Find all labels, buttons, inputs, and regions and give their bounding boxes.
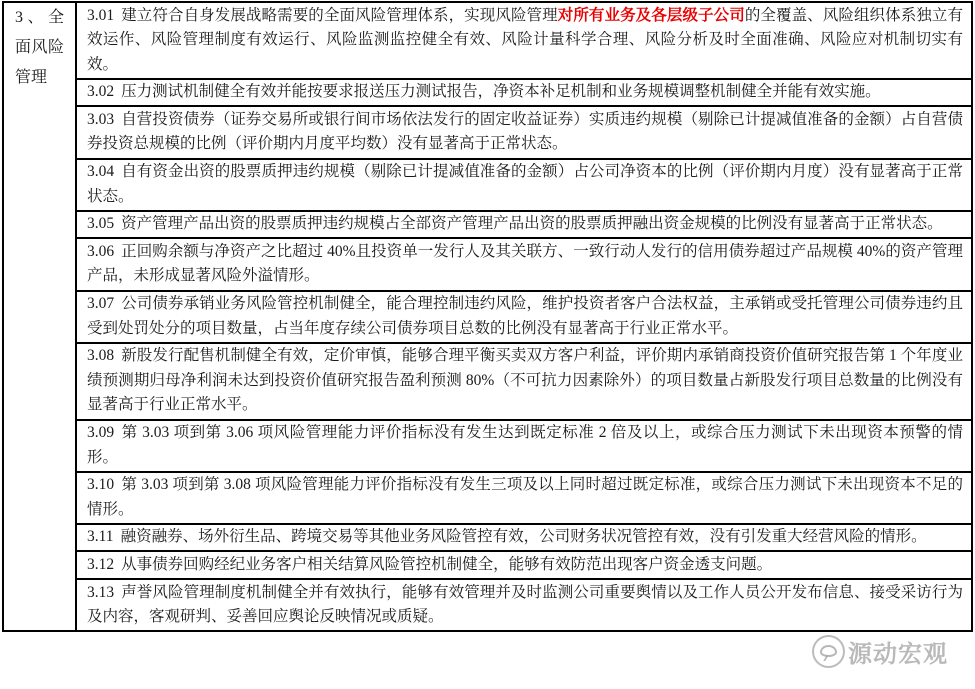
table-row: 3.10第 3.03 项到第 3.08 项风险管理能力评价指标没有发生三项及以上…: [3, 472, 972, 524]
indicator-text: 新股发行配售机制健全有效，定价审慎，能够合理平衡买卖双方客户利益，评价期内承销商…: [87, 347, 963, 413]
table-row: 3.03自营投资债券（证券交易所或银行间市场依法发行的固定收益证券）实质违约规模…: [3, 106, 972, 158]
indicator-text: 第 3.03 项到第 3.08 项风险管理能力评价指标没有发生三项及以上同时超过…: [87, 476, 963, 518]
highlighted-text: 对所有业务及各层级子公司: [558, 7, 745, 24]
indicator-cell: 3.12从事债券回购经纪业务客户相关结算风险管控机制健全，能够有效防范出现客户资…: [76, 551, 972, 579]
indicator-cell: 3.09第 3.03 项到第 3.06 项风险管理能力评价指标没有发生达到既定标…: [76, 420, 972, 472]
table-row: 3.02压力测试机制健全有效并能按要求报送压力测试报告，净资本补足机制和业务规模…: [3, 79, 972, 107]
table-row: 3、全面风险管理3.01建立符合自身发展战略需要的全面风险管理体系，实现风险管理…: [3, 2, 972, 79]
table-row: 3.12从事债券回购经纪业务客户相关结算风险管控机制健全，能够有效防范出现客户资…: [3, 551, 972, 579]
indicator-text: 正回购余额与净资产之比超过 40%且投资单一发行人及其关联方、一致行动人发行的信…: [87, 243, 963, 285]
section-header-cell: 3、全面风险管理: [3, 2, 76, 631]
indicator-number: 3.12: [87, 556, 114, 573]
section-label: 3、全面风险管理: [15, 9, 64, 86]
indicator-cell: 3.13声誉风险管理制度机制健全并有效执行，能够有效管理并及时监测公司重要舆情以…: [76, 579, 972, 631]
document-page: 3、全面风险管理3.01建立符合自身发展战略需要的全面风险管理体系，实现风险管理…: [0, 0, 975, 689]
indicator-cell: 3.07公司债券承销业务风险管控机制健全，能合理控制违约风险，维护投资者客户合法…: [76, 291, 972, 343]
table-row: 3.06正回购余额与净资产之比超过 40%且投资单一发行人及其关联方、一致行动人…: [3, 238, 972, 290]
indicator-number: 3.02: [87, 83, 114, 100]
watermark-text: 源动宏观: [848, 634, 948, 669]
table-row: 3.04自有资金出资的股票质押违约规模（剔除已计提减值准备的金额）占公司净资本的…: [3, 159, 972, 211]
indicator-cell: 3.10第 3.03 项到第 3.08 项风险管理能力评价指标没有发生三项及以上…: [76, 472, 972, 524]
indicator-cell: 3.05资产管理产品出资的股票质押违约规模占全部资产管理产品出资的股票质押融出资…: [76, 211, 972, 239]
table-row: 3.08新股发行配售机制健全有效，定价审慎，能够合理平衡买卖双方客户利益，评价期…: [3, 343, 972, 420]
indicator-number: 3.10: [87, 476, 114, 493]
indicator-cell: 3.06正回购余额与净资产之比超过 40%且投资单一发行人及其关联方、一致行动人…: [76, 238, 972, 290]
indicator-number: 3.09: [87, 424, 114, 441]
indicator-text: 公司债券承销业务风险管控机制健全，能合理控制违约风险，维护投资者客户合法权益，主…: [87, 295, 963, 337]
indicator-cell: 3.11融资融券、场外衍生品、跨境交易等其他业务风险管控有效，公司财务状况管控有…: [76, 524, 972, 552]
table-row: 3.09第 3.03 项到第 3.06 项风险管理能力评价指标没有发生达到既定标…: [3, 420, 972, 472]
indicator-cell: 3.08新股发行配售机制健全有效，定价审慎，能够合理平衡买卖双方客户利益，评价期…: [76, 343, 972, 420]
watermark-logo-icon: [812, 635, 845, 668]
indicator-number: 3.11: [87, 528, 114, 545]
indicator-cell: 3.04自有资金出资的股票质押违约规模（剔除已计提减值准备的金额）占公司净资本的…: [76, 159, 972, 211]
indicator-number: 3.08: [87, 347, 114, 364]
indicator-text: 压力测试机制健全有效并能按要求报送压力测试报告，净资本补足机制和业务规模调整机制…: [121, 83, 881, 100]
indicator-text: 从事债券回购经纪业务客户相关结算风险管控机制健全，能够有效防范出现客户资金透支问…: [121, 556, 772, 573]
indicator-text: 资产管理产品出资的股票质押违约规模占全部资产管理产品出资的股票质押融出资金规模的…: [121, 215, 943, 232]
indicator-cell: 3.03自营投资债券（证券交易所或银行间市场依法发行的固定收益证券）实质违约规模…: [76, 106, 972, 158]
indicator-number: 3.03: [87, 111, 114, 128]
indicator-number: 3.05: [87, 215, 114, 232]
indicator-number: 3.13: [87, 584, 114, 601]
indicator-number: 3.04: [87, 163, 114, 180]
indicator-number: 3.01: [87, 7, 114, 24]
chat-bubble-icon: [820, 645, 837, 657]
indicator-number: 3.06: [87, 243, 114, 260]
table-row: 3.07公司债券承销业务风险管控机制健全，能合理控制违约风险，维护投资者客户合法…: [3, 291, 972, 343]
indicator-text: 自有资金出资的股票质押违约规模（剔除已计提减值准备的金额）占公司净资本的比例（评…: [87, 163, 963, 205]
table-body: 3、全面风险管理3.01建立符合自身发展战略需要的全面风险管理体系，实现风险管理…: [3, 2, 972, 631]
indicator-text: 第 3.03 项到第 3.06 项风险管理能力评价指标没有发生达到既定标准 2 …: [87, 424, 963, 466]
indicator-cell: 3.02压力测试机制健全有效并能按要求报送压力测试报告，净资本补足机制和业务规模…: [76, 79, 972, 107]
indicator-text: 建立符合自身发展战略需要的全面风险管理体系，实现风险管理: [121, 7, 558, 24]
table-row: 3.13声誉风险管理制度机制健全并有效执行，能够有效管理并及时监测公司重要舆情以…: [3, 579, 972, 631]
indicator-text: 声誉风险管理制度机制健全并有效执行，能够有效管理并及时监测公司重要舆情以及工作人…: [87, 584, 963, 626]
watermark: 源动宏观: [812, 634, 948, 669]
indicator-number: 3.07: [87, 295, 114, 312]
table-row: 3.05资产管理产品出资的股票质押违约规模占全部资产管理产品出资的股票质押融出资…: [3, 211, 972, 239]
indicator-cell: 3.01建立符合自身发展战略需要的全面风险管理体系，实现风险管理对所有业务及各层…: [76, 2, 972, 79]
risk-indicator-table: 3、全面风险管理3.01建立符合自身发展战略需要的全面风险管理体系，实现风险管理…: [2, 1, 973, 632]
table-row: 3.11融资融券、场外衍生品、跨境交易等其他业务风险管控有效，公司财务状况管控有…: [3, 524, 972, 552]
indicator-text: 自营投资债券（证券交易所或银行间市场依法发行的固定收益证券）实质违约规模（剔除已…: [87, 111, 963, 153]
indicator-text: 融资融券、场外衍生品、跨境交易等其他业务风险管控有效，公司财务状况管控有效，没有…: [121, 528, 927, 545]
